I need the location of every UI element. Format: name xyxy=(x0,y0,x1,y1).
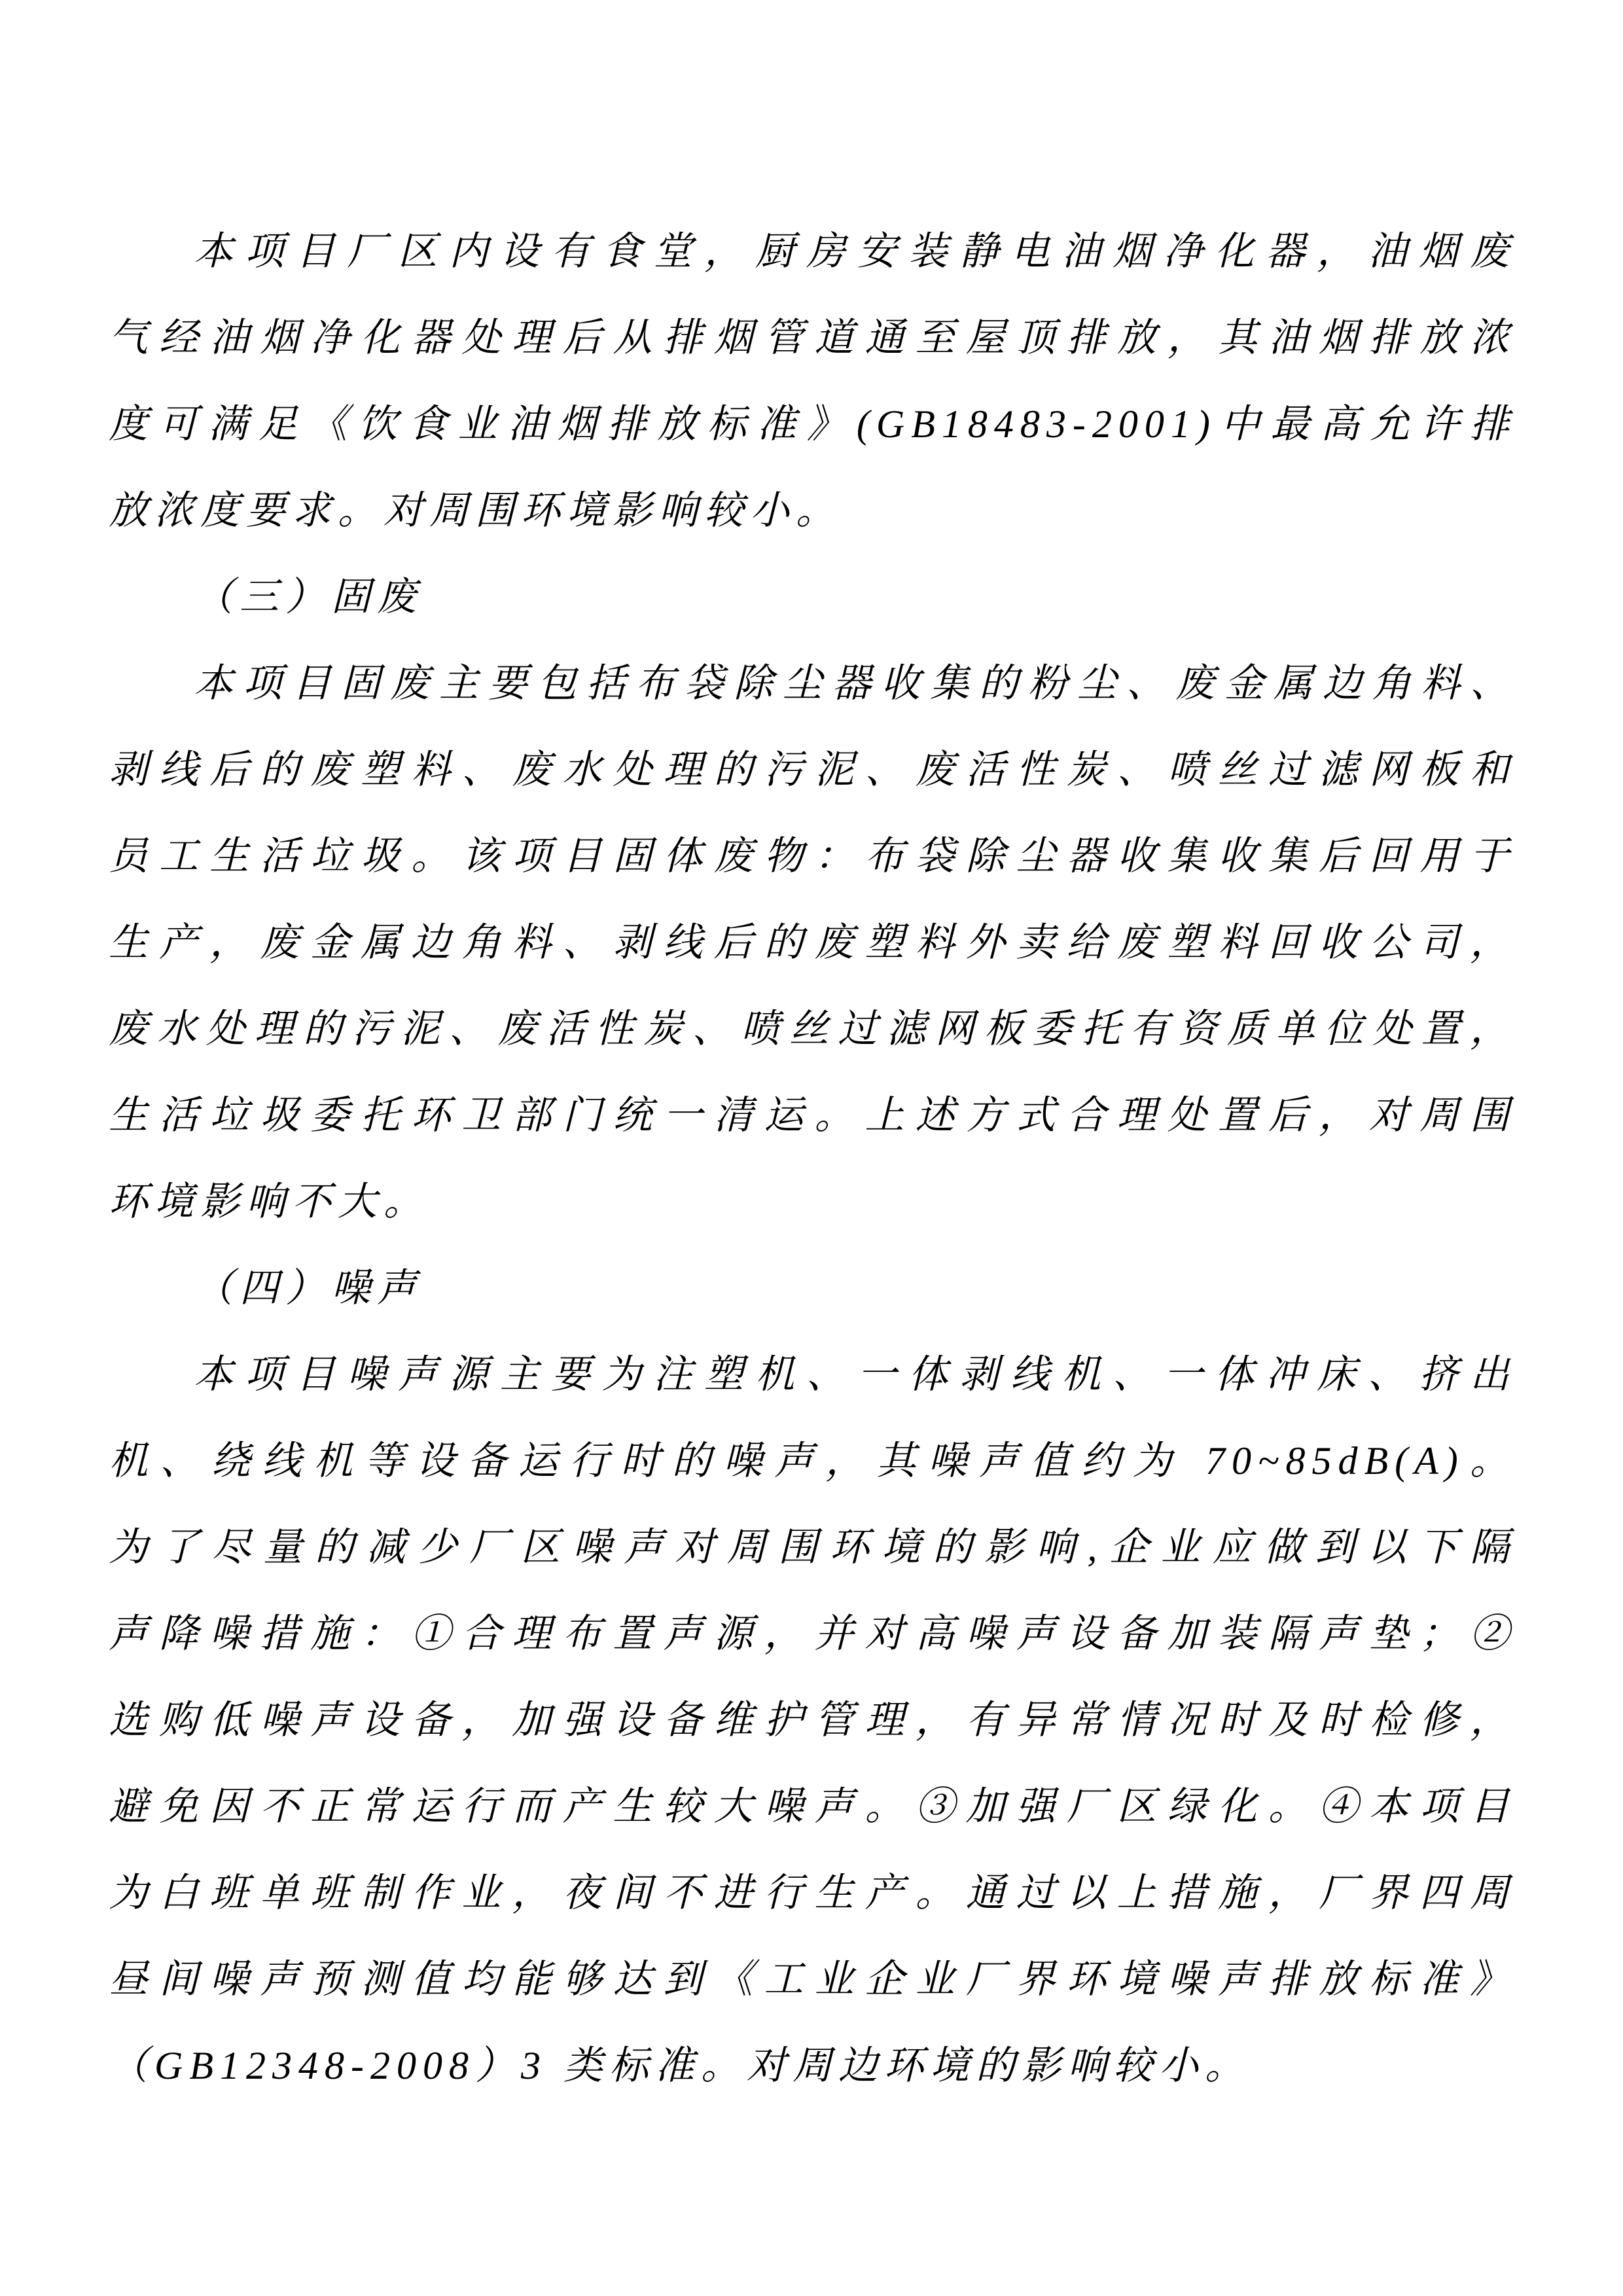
text-line: 昼间噪声预测值均能够达到《工业企业厂界环境噪声排放标准》 xyxy=(109,1936,1516,2022)
text-line: 气经油烟净化器处理后从排烟管道通至屋顶排放，其油烟排放浓 xyxy=(109,295,1516,381)
text-line: 机、绕线机等设备运行时的噪声，其噪声值约为 70~85dB(A)。 xyxy=(109,1418,1516,1504)
text-line: 本项目固废主要包括布袋除尘器收集的粉尘、废金属边角料、 xyxy=(109,640,1516,726)
document-page: 本项目厂区内设有食堂，厨房安装静电油烟净化器，油烟废 气经油烟净化器处理后从排烟… xyxy=(0,0,1623,2296)
text-line: 声降噪措施：①合理布置声源，并对高噪声设备加装隔声垫；② xyxy=(109,1590,1516,1677)
text-line: 本项目噪声源主要为注塑机、一体剥线机、一体冲床、挤出 xyxy=(109,1331,1516,1418)
text-line: 放浓度要求。对周围环境影响较小。 xyxy=(109,467,1516,554)
text-line: 剥线后的废塑料、废水处理的污泥、废活性炭、喷丝过滤网板和 xyxy=(109,726,1516,813)
document-text-block: 本项目厂区内设有食堂，厨房安装静电油烟净化器，油烟废 气经油烟净化器处理后从排烟… xyxy=(109,208,1516,2109)
section-heading: （四）噪声 xyxy=(109,1245,1516,1331)
text-line: 度可满足《饮食业油烟排放标准》(GB18483-2001)中最高允许排 xyxy=(109,381,1516,467)
text-line: 为了尽量的减少厂区噪声对周围环境的影响,企业应做到以下隔 xyxy=(109,1504,1516,1590)
section-heading: （三）固废 xyxy=(109,554,1516,640)
text-line: 环境影响不大。 xyxy=(109,1158,1516,1245)
text-line: 废水处理的污泥、废活性炭、喷丝过滤网板委托有资质单位处置， xyxy=(109,986,1516,1072)
text-line: 生活垃圾委托环卫部门统一清运。上述方式合理处置后，对周围 xyxy=(109,1072,1516,1158)
text-line: 生产，废金属边角料、剥线后的废塑料外卖给废塑料回收公司， xyxy=(109,899,1516,986)
text-line: 避免因不正常运行而产生较大噪声。③加强厂区绿化。④本项目 xyxy=(109,1763,1516,1850)
text-line: 选购低噪声设备，加强设备维护管理，有异常情况时及时检修， xyxy=(109,1677,1516,1763)
text-line: 员工生活垃圾。该项目固体废物：布袋除尘器收集收集后回用于 xyxy=(109,813,1516,899)
text-line: 本项目厂区内设有食堂，厨房安装静电油烟净化器，油烟废 xyxy=(109,208,1516,295)
text-line: 为白班单班制作业，夜间不进行生产。通过以上措施，厂界四周 xyxy=(109,1850,1516,1936)
text-line: （GB12348-2008）3 类标准。对周边环境的影响较小。 xyxy=(109,2022,1516,2109)
